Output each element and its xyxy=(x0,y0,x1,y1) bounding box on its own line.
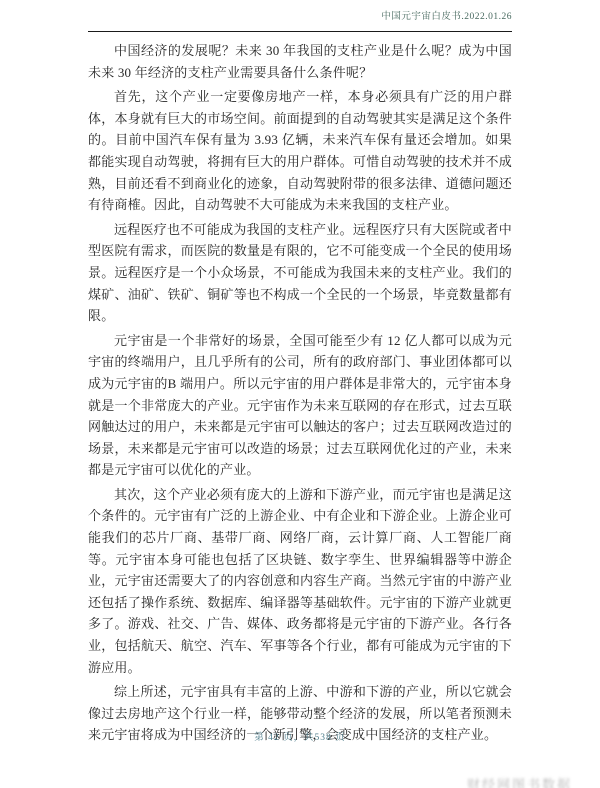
paragraph-intro-questions: 中国经济的发展呢？未来 30 年我国的支柱产业是什么呢？成为中国未来 30 年经… xyxy=(88,40,512,83)
header-divider xyxy=(88,31,512,32)
paragraph-telemedicine: 远程医疗也不可能成为我国的支柱产业。远程医疗只有大医院或者中型医院有需求，而医院… xyxy=(88,219,512,327)
paragraph-metaverse-users: 元宇宙是一个非常好的场景，全国可能至少有 12 亿人都可以成为元宇宙的终端用户，… xyxy=(88,330,512,481)
page-body: 中国经济的发展呢？未来 30 年我国的支柱产业是什么呢？成为中国未来 30 年经… xyxy=(88,40,512,749)
page-number: 第 42 页，共538 页 xyxy=(88,729,512,743)
paragraph-first-condition: 首先，这个产业一定要像房地产一样，本身必须具有广泛的用户群体，本身就有巨大的市场… xyxy=(88,86,512,216)
document-page: 中国元宇宙白皮书.2022.01.26 中国经济的发展呢？未来 30 年我国的支… xyxy=(0,0,600,788)
paragraph-second-condition: 其次，这个产业必须有庞大的上游和下游产业，而元宇宙也是满足这个条件的。元宇宙有广… xyxy=(88,484,512,678)
watermark: 财经网图书数据 xyxy=(467,774,572,788)
running-header-title: 中国元宇宙白皮书.2022.01.26 xyxy=(88,8,512,22)
